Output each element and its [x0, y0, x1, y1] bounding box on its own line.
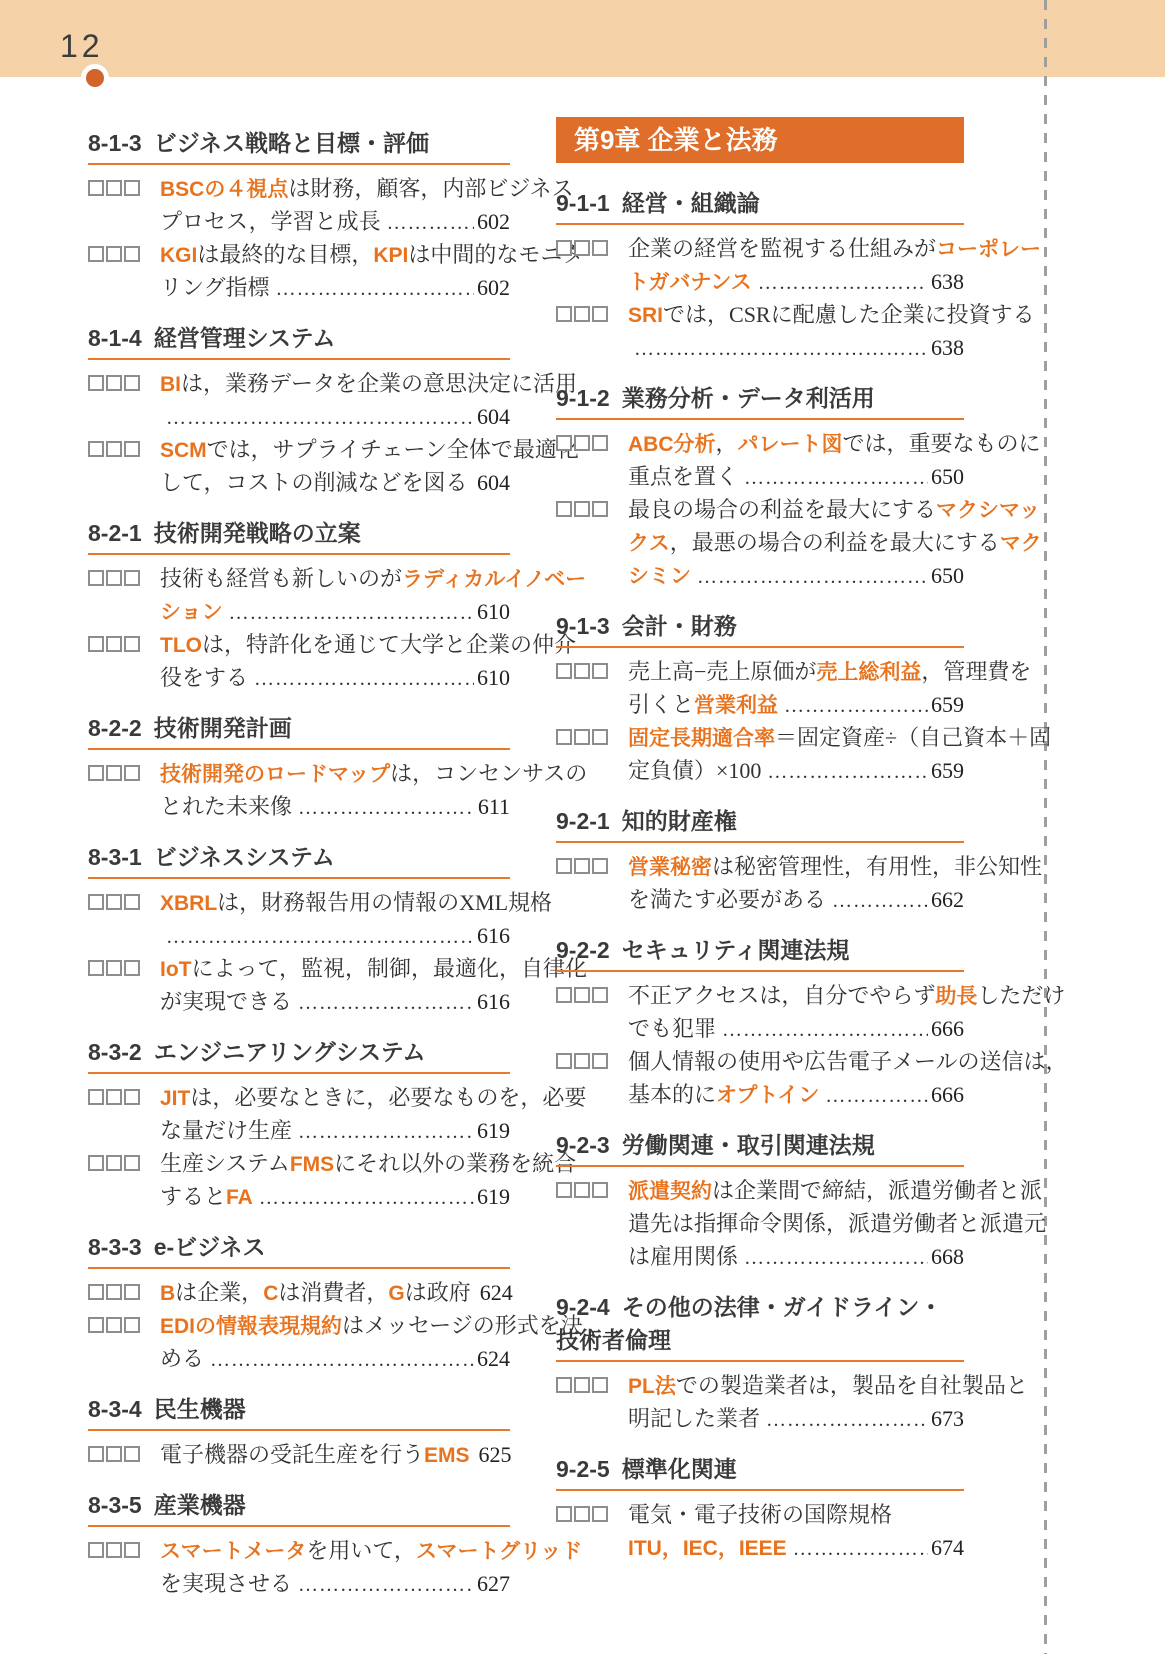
page-ref: 627	[477, 1567, 510, 1600]
checkbox	[106, 960, 122, 976]
text-segment: 電気・電子技術の国際規格	[628, 1498, 892, 1531]
page-ref: 668	[931, 1240, 964, 1273]
section-heading: 9-2-2セキュリティ関連法規	[556, 932, 964, 972]
checkbox	[124, 180, 140, 196]
checkbox	[592, 1506, 608, 1522]
checkbox-group	[88, 367, 160, 433]
dot-leader	[229, 595, 474, 630]
text-segment: は消費者，	[278, 1276, 388, 1309]
section-id: 8-3-2	[88, 1039, 142, 1065]
text-segment: が実現できる	[160, 985, 292, 1018]
item-lines: SCMでは，サプライチェーン全体で最適化して，コストの削減などを図る604	[160, 433, 510, 499]
text-segment: は，特許化を通じて大学と企業の仲介	[202, 628, 576, 661]
toc-section: 9-2-1知的財産権営業秘密は秘密管理性，有用性，非公知性を満たす必要がある66…	[556, 803, 964, 916]
page-ref: 602	[477, 205, 510, 238]
checkbox	[556, 1377, 572, 1393]
toc-section: 9-2-4その他の法律・ガイドライン・技術者倫理PL法での製造業者は，製品を自社…	[556, 1289, 964, 1435]
toc-section: 9-2-3労働関連・取引関連法規派遣契約は企業間で締結，派遣労働者と派遣先は指揮…	[556, 1127, 964, 1273]
checkbox	[592, 663, 608, 679]
toc-line: 役をする610	[160, 661, 510, 694]
checkbox	[88, 1317, 104, 1333]
checkbox	[574, 240, 590, 256]
dot-leader	[697, 559, 928, 594]
item-lines: 売上高−売上原価が売上総利益，管理費を引くと営業利益659	[628, 655, 964, 721]
toc-section: 9-1-2業務分析・データ利活用ABC分析，パレート図では，重要なものに重点を置…	[556, 380, 964, 592]
toc-line: プロセス，学習と成長602	[160, 205, 510, 238]
checkbox	[88, 1446, 104, 1462]
text-segment: での製造業者は，製品を自社製品と	[676, 1369, 1028, 1402]
toc-item: BIは，業務データを企業の意思決定に活用604	[88, 367, 510, 433]
section-heading: 8-1-4経営管理システム	[88, 320, 510, 360]
section-title: 経営管理システム	[154, 325, 336, 351]
checkbox-group	[556, 721, 628, 787]
checkbox-group	[88, 1309, 160, 1375]
checkbox	[106, 180, 122, 196]
toc-line: XBRLは，財務報告用の情報のXML規格	[160, 886, 510, 919]
checkbox	[124, 570, 140, 586]
item-lines: JITは，必要なときに，必要なものを，必要な量だけ生産619	[160, 1081, 510, 1147]
toc-column-right: 第9章 企業と法務 9-1-1経営・組織論企業の経営を監視する仕組みがコーポレー…	[556, 117, 964, 1580]
text-segment: を用いて，	[306, 1534, 416, 1567]
keyword-highlight: BSCの４視点	[160, 173, 288, 206]
text-segment: を実現させる	[160, 1567, 292, 1600]
checkbox	[88, 1089, 104, 1105]
checkbox	[124, 1542, 140, 1558]
keyword-highlight: コーポレー	[936, 233, 1041, 266]
page-ref: 616	[477, 919, 510, 952]
checkbox	[124, 894, 140, 910]
dot-leader	[793, 1531, 928, 1566]
checkbox	[556, 663, 572, 679]
section-id: 8-3-5	[88, 1492, 142, 1518]
toc-line: な量だけ生産619	[160, 1114, 510, 1147]
checkbox-group	[88, 1081, 160, 1147]
dot-leader	[744, 460, 928, 495]
keyword-highlight: B	[160, 1277, 175, 1310]
page-ref: 659	[931, 688, 964, 721]
toc-section: 8-3-2エンジニアリングシステムJITは，必要なときに，必要なものを，必要な量…	[88, 1034, 510, 1213]
toc-column-left: 8-1-3ビジネス戦略と目標・評価BSCの４視点は財務，顧客，内部ビジネスプロセ…	[88, 125, 510, 1616]
text-segment: 売上高−売上原価が	[628, 655, 816, 688]
checkbox-group	[556, 655, 628, 721]
checkbox	[574, 729, 590, 745]
toc-item: 不正アクセスは，自分でやらず助長しただけでも犯罪666	[556, 979, 964, 1045]
toc-line: TLOは，特許化を通じて大学と企業の仲介	[160, 628, 510, 661]
section-id: 8-2-1	[88, 520, 142, 546]
toc-item: 最良の場合の利益を最大にするマクシマックス，最悪の場合の利益を最大にするマクシミ…	[556, 493, 964, 592]
text-segment: では，CSRに配慮した企業に投資する	[663, 298, 1035, 331]
text-segment: ＝固定資産÷（自己資本＋固	[775, 721, 1051, 754]
page-ref: 662	[931, 883, 964, 916]
toc-item: 売上高−売上原価が売上総利益，管理費を引くと営業利益659	[556, 655, 964, 721]
checkbox	[106, 570, 122, 586]
section-id: 9-1-2	[556, 385, 610, 411]
section-heading: 8-3-3e-ビジネス	[88, 1229, 510, 1269]
toc-item: スマートメータを用いて，スマートグリッドを実現させる627	[88, 1534, 510, 1600]
section-heading: 9-2-4その他の法律・ガイドライン・技術者倫理	[556, 1289, 964, 1362]
section-heading: 8-3-1ビジネスシステム	[88, 839, 510, 879]
keyword-highlight: スマートメータ	[160, 1535, 306, 1568]
toc-line: 基本的にオプトイン666	[628, 1078, 964, 1111]
checkbox	[574, 501, 590, 517]
keyword-highlight: SCM	[160, 434, 207, 467]
checkbox	[124, 375, 140, 391]
keyword-highlight: G	[388, 1277, 404, 1310]
toc-item: Bは企業，Cは消費者，Gは政府624	[88, 1276, 510, 1309]
keyword-highlight: JIT	[160, 1082, 190, 1115]
page-ref: 616	[477, 985, 510, 1018]
keyword-highlight: マク	[1000, 527, 1042, 560]
dot-leader	[166, 919, 474, 954]
dot-leader	[767, 754, 928, 789]
checkbox	[106, 1542, 122, 1558]
section-id: 8-1-3	[88, 130, 142, 156]
toc-line: リング指標602	[160, 271, 510, 304]
checkbox	[88, 1542, 104, 1558]
toc-line: ITU，IEC，IEEE674	[628, 1531, 964, 1564]
corner-dot-icon	[81, 64, 109, 92]
checkbox	[106, 765, 122, 781]
toc-line: 技術も経営も新しいのがラディカルイノベー	[160, 562, 510, 595]
page-ref: 659	[931, 754, 964, 787]
item-lines: EDIの情報表現規約はメッセージの形式を決める624	[160, 1309, 510, 1375]
dot-leader	[744, 1240, 928, 1275]
section-title: セキュリティ関連法規	[622, 937, 850, 963]
toc-line: JITは，必要なときに，必要なものを，必要	[160, 1081, 510, 1114]
section-id: 9-2-3	[556, 1132, 610, 1158]
checkbox-group	[88, 1276, 160, 1309]
item-lines: 企業の経営を監視する仕組みがコーポレートガバナンス638	[628, 232, 964, 298]
toc-line: 引くと営業利益659	[628, 688, 964, 721]
text-segment: 電子機器の受託生産を行う	[160, 1438, 424, 1471]
checkbox-group	[88, 757, 160, 823]
page-top-band	[0, 0, 1165, 77]
text-segment: しただけ	[977, 979, 1065, 1012]
checkbox	[574, 1506, 590, 1522]
keyword-highlight: 営業利益	[694, 689, 778, 722]
checkbox	[88, 960, 104, 976]
checkbox	[574, 306, 590, 322]
text-segment: はメッセージの形式を決	[342, 1309, 583, 1342]
toc-line: でも犯罪666	[628, 1012, 964, 1045]
dot-leader	[387, 205, 474, 240]
dot-leader	[758, 265, 928, 300]
section-title: 民生機器	[154, 1396, 246, 1422]
checkbox	[574, 1053, 590, 1069]
checkbox	[88, 180, 104, 196]
keyword-highlight: 売上総利益	[816, 656, 921, 689]
toc-line: SCMでは，サプライチェーン全体で最適化	[160, 433, 510, 466]
toc-line: は雇用関係668	[628, 1240, 964, 1273]
toc-line: PL法での製造業者は，製品を自社製品と	[628, 1369, 964, 1402]
item-lines: PL法での製造業者は，製品を自社製品と明記した業者673	[628, 1369, 964, 1435]
keyword-highlight: 営業秘密	[628, 851, 712, 884]
section-heading: 9-1-3会計・財務	[556, 608, 964, 648]
section-heading: 9-1-1経営・組織論	[556, 185, 964, 225]
dot-leader	[832, 883, 928, 918]
toc-line: スマートメータを用いて，スマートグリッド	[160, 1534, 510, 1567]
keyword-highlight: EDIの情報表現規約	[160, 1310, 342, 1343]
checkbox	[106, 1446, 122, 1462]
item-lines: 最良の場合の利益を最大にするマクシマックス，最悪の場合の利益を最大にするマクシミ…	[628, 493, 964, 592]
toc-item: SCMでは，サプライチェーン全体で最適化して，コストの削減などを図る604	[88, 433, 510, 499]
toc-line: ション610	[160, 595, 510, 628]
section-id: 9-1-3	[556, 613, 610, 639]
text-segment: 不正アクセスは，自分でやらず	[628, 979, 935, 1012]
keyword-highlight: マクシマッ	[936, 494, 1040, 527]
checkbox	[556, 435, 572, 451]
toc-line: 重点を置く650	[628, 460, 964, 493]
keyword-highlight: 助長	[935, 980, 977, 1013]
toc-item: 電気・電子技術の国際規格ITU，IEC，IEEE674	[556, 1498, 964, 1564]
keyword-highlight: IoT	[160, 953, 192, 986]
section-heading: 9-1-2業務分析・データ利活用	[556, 380, 964, 420]
checkbox	[88, 636, 104, 652]
item-lines: 営業秘密は秘密管理性，有用性，非公知性を満たす必要がある662	[628, 850, 964, 916]
checkbox	[124, 1446, 140, 1462]
checkbox	[592, 306, 608, 322]
section-title: 産業機器	[154, 1492, 246, 1518]
toc-line: して，コストの削減などを図る604	[160, 466, 510, 499]
checkbox	[88, 246, 104, 262]
checkbox-group	[88, 628, 160, 694]
section-id: 8-3-1	[88, 844, 142, 870]
checkbox	[574, 663, 590, 679]
toc-line: シミン650	[628, 559, 964, 592]
checkbox	[556, 306, 572, 322]
text-segment: では，重要なものに	[843, 427, 1041, 460]
keyword-highlight: PL法	[628, 1370, 676, 1403]
checkbox	[106, 441, 122, 457]
text-segment: ，最悪の場合の利益を最大にする	[670, 526, 1000, 559]
checkbox	[592, 729, 608, 745]
section-heading: 9-2-1知的財産権	[556, 803, 964, 843]
checkbox-group	[88, 433, 160, 499]
checkbox	[592, 1182, 608, 1198]
page-ref: 638	[931, 265, 964, 298]
item-lines: スマートメータを用いて，スマートグリッドを実現させる627	[160, 1534, 510, 1600]
toc-line: 遣先は指揮命令関係，派遣労働者と派遣元	[628, 1207, 964, 1240]
section-title: 労働関連・取引関連法規	[622, 1132, 875, 1158]
text-segment: ，	[716, 427, 738, 460]
toc-line: KGIは最終的な目標，KPIは中間的なモニタ	[160, 238, 510, 271]
checkbox	[592, 1377, 608, 1393]
checkbox	[106, 894, 122, 910]
checkbox-group	[88, 952, 160, 1018]
page-ref: 673	[931, 1402, 964, 1435]
toc-item: ABC分析，パレート図では，重要なものに重点を置く650	[556, 427, 964, 493]
keyword-highlight: オプトイン	[716, 1079, 819, 1112]
checkbox	[574, 858, 590, 874]
checkbox	[556, 1506, 572, 1522]
section-title: 経営・組織論	[622, 190, 760, 216]
toc-item: 派遣契約は企業間で締結，派遣労働者と派遣先は指揮命令関係，派遣労働者と派遣元は雇…	[556, 1174, 964, 1273]
checkbox-group	[88, 1438, 160, 1471]
section-title: 業務分析・データ利活用	[622, 385, 875, 411]
keyword-highlight: XBRL	[160, 887, 217, 920]
text-segment: は，必要なときに，必要なものを，必要	[190, 1081, 586, 1114]
dot-leader	[766, 1402, 928, 1437]
section-heading: 8-2-1技術開発戦略の立案	[88, 515, 510, 555]
toc-section: 9-1-3会計・財務売上高−売上原価が売上総利益，管理費を引くと営業利益659固…	[556, 608, 964, 787]
checkbox	[124, 1155, 140, 1171]
toc-line: 営業秘密は秘密管理性，有用性，非公知性	[628, 850, 964, 883]
item-lines: ABC分析，パレート図では，重要なものに重点を置く650	[628, 427, 964, 493]
toc-item: 技術も経営も新しいのがラディカルイノベーション610	[88, 562, 510, 628]
section-id: 9-2-2	[556, 937, 610, 963]
item-lines: TLOは，特許化を通じて大学と企業の仲介役をする610	[160, 628, 510, 694]
item-lines: 生産システムFMSにそれ以外の業務を統合するとFA619	[160, 1147, 510, 1213]
section-title: 技術開発計画	[154, 715, 292, 741]
text-segment: は，業務データを企業の意思決定に活用	[181, 367, 577, 400]
text-segment: 最良の場合の利益を最大にする	[628, 493, 936, 526]
section-id: 8-3-4	[88, 1396, 142, 1422]
page-ref: 619	[477, 1114, 510, 1147]
section-id: 9-2-5	[556, 1456, 610, 1482]
keyword-highlight: ション	[160, 596, 223, 629]
checkbox-group	[88, 562, 160, 628]
toc-line: 不正アクセスは，自分でやらず助長しただけ	[628, 979, 964, 1012]
section-title: ビジネス戦略と目標・評価	[154, 130, 429, 156]
checkbox	[88, 441, 104, 457]
item-lines: XBRLは，財務報告用の情報のXML規格616	[160, 886, 510, 952]
toc-section: 8-3-1ビジネスシステムXBRLは，財務報告用の情報のXML規格616IoTに…	[88, 839, 510, 1018]
text-segment: では，サプライチェーン全体で最適化	[207, 433, 579, 466]
page-ref: 650	[931, 460, 964, 493]
dot-leader	[825, 1078, 928, 1113]
toc-item: TLOは，特許化を通じて大学と企業の仲介役をする610	[88, 628, 510, 694]
page-ref: 666	[931, 1012, 964, 1045]
keyword-highlight: FA	[226, 1181, 253, 1214]
section-title: その他の法律・ガイドライン・技術者倫理	[556, 1294, 942, 1353]
checkbox	[124, 636, 140, 652]
item-lines: KGIは最終的な目標，KPIは中間的なモニタリング指標602	[160, 238, 510, 304]
toc-section: 8-1-4経営管理システムBIは，業務データを企業の意思決定に活用604SCMで…	[88, 320, 510, 499]
checkbox	[88, 1155, 104, 1171]
text-segment: して，コストの削減などを図る	[160, 466, 468, 499]
text-segment: 基本的に	[628, 1078, 716, 1111]
toc-item: XBRLは，財務報告用の情報のXML規格616	[88, 886, 510, 952]
text-segment: 生産システム	[160, 1147, 290, 1180]
checkbox	[556, 1182, 572, 1198]
checkbox	[124, 765, 140, 781]
toc-item: IoTによって，監視，制御，最適化，自律化が実現できる616	[88, 952, 510, 1018]
text-segment: 企業の経営を監視する仕組みが	[628, 232, 936, 265]
toc-item: 企業の経営を監視する仕組みがコーポレートガバナンス638	[556, 232, 964, 298]
toc-line: 電子機器の受託生産を行うEMS625	[160, 1438, 510, 1471]
item-lines: 固定長期適合率＝固定資産÷（自己資本＋固定負債）×100659	[628, 721, 964, 787]
checkbox	[592, 858, 608, 874]
toc-item: 生産システムFMSにそれ以外の業務を統合するとFA619	[88, 1147, 510, 1213]
toc-line: 604	[160, 400, 510, 433]
toc-line: Bは企業，Cは消費者，Gは政府624	[160, 1276, 510, 1309]
toc-section: 8-3-3e-ビジネスBは企業，Cは消費者，Gは政府624EDIの情報表現規約は…	[88, 1229, 510, 1375]
checkbox	[592, 501, 608, 517]
checkbox	[106, 375, 122, 391]
page-ref: 625	[479, 1438, 512, 1471]
page-ref: 624	[477, 1342, 510, 1375]
section-id: 9-2-4	[556, 1294, 610, 1320]
toc-line: 明記した業者673	[628, 1402, 964, 1435]
toc-sections-left: 8-1-3ビジネス戦略と目標・評価BSCの４視点は財務，顧客，内部ビジネスプロセ…	[88, 125, 510, 1600]
keyword-highlight: KGI	[160, 239, 197, 272]
checkbox-group	[556, 979, 628, 1045]
text-segment: にそれ以外の業務を統合	[334, 1147, 576, 1180]
toc-item: 個人情報の使用や広告電子メールの送信は，基本的にオプトイン666	[556, 1045, 964, 1111]
dot-leader	[298, 985, 474, 1020]
checkbox	[592, 435, 608, 451]
toc-line: するとFA619	[160, 1180, 510, 1213]
checkbox	[88, 570, 104, 586]
page-ref: 602	[477, 271, 510, 304]
section-heading: 9-2-3労働関連・取引関連法規	[556, 1127, 964, 1167]
toc-line: 616	[160, 919, 510, 952]
keyword-highlight: パレート図	[738, 428, 843, 461]
keyword-highlight: TLO	[160, 629, 202, 662]
page-number: 12	[60, 28, 104, 65]
toc-line: EDIの情報表現規約はメッセージの形式を決	[160, 1309, 510, 1342]
toc-line: 固定長期適合率＝固定資産÷（自己資本＋固	[628, 721, 964, 754]
checkbox	[88, 375, 104, 391]
text-segment: 定負債）×100	[628, 754, 761, 787]
checkbox-group	[88, 238, 160, 304]
dot-leader	[298, 790, 475, 825]
checkbox-group	[556, 850, 628, 916]
toc-item: SRIでは，CSRに配慮した企業に投資する638	[556, 298, 964, 364]
checkbox	[124, 441, 140, 457]
text-segment: は，財務報告用の情報のXML規格	[217, 886, 552, 919]
keyword-highlight: SRI	[628, 299, 663, 332]
item-lines: 技術開発のロードマップは，コンセンサスのとれた未来像611	[160, 757, 510, 823]
checkbox	[124, 1089, 140, 1105]
text-segment: プロセス，学習と成長	[160, 205, 381, 238]
checkbox	[556, 501, 572, 517]
item-lines: BSCの４視点は財務，顧客，内部ビジネスプロセス，学習と成長602	[160, 172, 510, 238]
text-segment: リング指標	[160, 271, 270, 304]
section-heading: 8-3-2エンジニアリングシステム	[88, 1034, 510, 1074]
checkbox	[574, 987, 590, 1003]
page-ref: 619	[477, 1180, 510, 1213]
text-segment: によって，監視，制御，最適化，自律化	[192, 952, 588, 985]
section-heading: 8-3-4民生機器	[88, 1391, 510, 1431]
toc-item: JITは，必要なときに，必要なものを，必要な量だけ生産619	[88, 1081, 510, 1147]
text-segment: は雇用関係	[628, 1240, 738, 1273]
item-lines: SRIでは，CSRに配慮した企業に投資する638	[628, 298, 964, 364]
section-title: エンジニアリングシステム	[154, 1039, 426, 1065]
toc-line: とれた未来像611	[160, 790, 510, 823]
checkbox	[88, 765, 104, 781]
keyword-highlight: KPI	[373, 239, 408, 272]
checkbox-group	[556, 427, 628, 493]
toc-line: 売上高−売上原価が売上総利益，管理費を	[628, 655, 964, 688]
toc-line: 個人情報の使用や広告電子メールの送信は，	[628, 1045, 964, 1078]
text-segment: 技術も経営も新しいのが	[160, 562, 402, 595]
checkbox	[124, 1317, 140, 1333]
item-lines: 電気・電子技術の国際規格ITU，IEC，IEEE674	[628, 1498, 964, 1564]
text-segment: は最終的な目標，	[197, 238, 373, 271]
checkbox-group	[88, 886, 160, 952]
toc-item: 技術開発のロードマップは，コンセンサスのとれた未来像611	[88, 757, 510, 823]
section-title: 技術開発戦略の立案	[154, 520, 361, 546]
item-lines: 電子機器の受託生産を行うEMS625	[160, 1438, 510, 1471]
checkbox	[592, 1053, 608, 1069]
toc-line: クス，最悪の場合の利益を最大にするマク	[628, 526, 964, 559]
checkbox	[592, 987, 608, 1003]
checkbox	[106, 246, 122, 262]
toc-section: 9-2-5標準化関連電気・電子技術の国際規格ITU，IEC，IEEE674	[556, 1451, 964, 1564]
checkbox	[556, 858, 572, 874]
text-segment: 重点を置く	[628, 460, 738, 493]
